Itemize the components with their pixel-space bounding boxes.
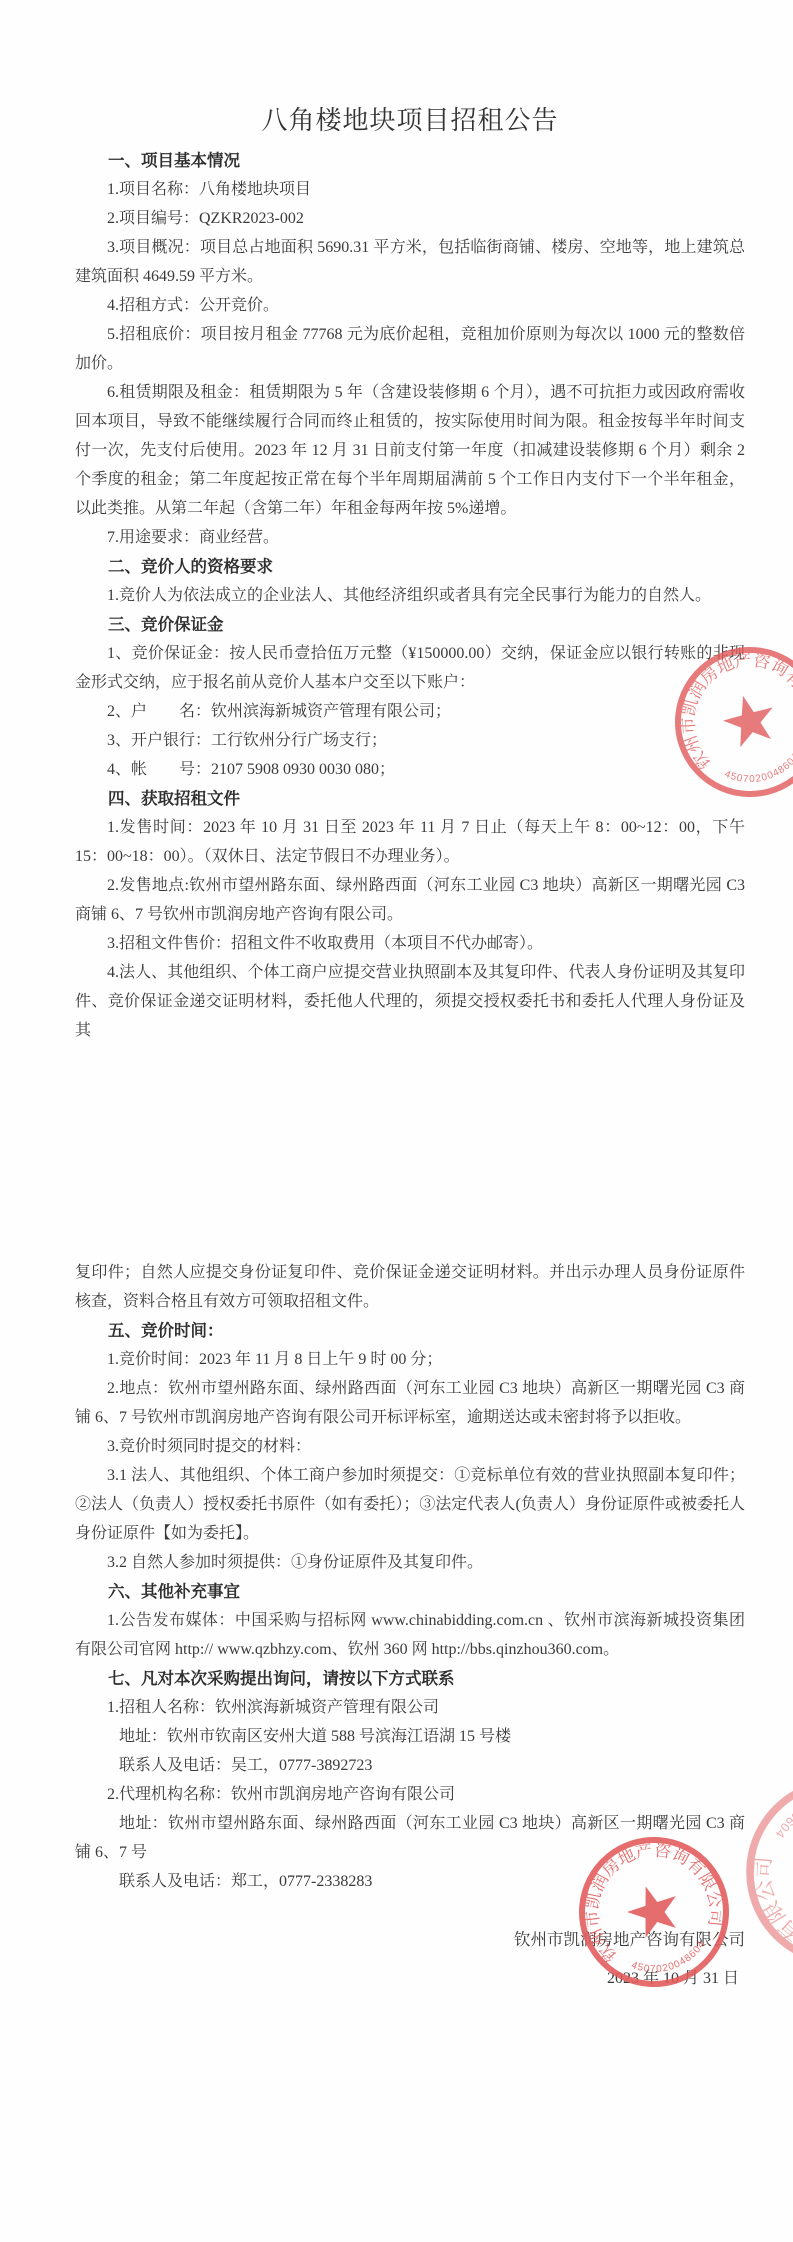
section-heading-1: 一、项目基本情况	[75, 146, 745, 175]
paragraph: 1.公告发布媒体：中国采购与招标网 www.chinabidding.com.c…	[75, 1606, 745, 1664]
paragraph: 3.招租文件售价：招租文件不收取费用（本项目不代办邮寄）。	[75, 929, 745, 958]
section-heading-3: 三、竞价保证金	[75, 610, 745, 639]
lessor-address-line: 地址：钦州市钦南区安州大道 588 号滨海江语湖 15 号楼	[75, 1722, 745, 1751]
agency-address-line: 地址：钦州市望州路东面、绿州路西面（河东工业园 C3 地块）高新区一期曙光园 C…	[75, 1809, 745, 1867]
paragraph-continuation: 复印件；自然人应提交身份证复印件、竞价保证金递交证明材料。并出示办理人员身份证原…	[75, 1258, 745, 1316]
seal-number-text: 4507020048604	[765, 1781, 793, 1844]
signature-company: 钦州市凯润房地产咨询有限公司	[75, 1920, 745, 1960]
lessor-contact-line: 联系人及电话：吴工，0777-3892723	[75, 1751, 745, 1780]
paragraph: 1.项目名称：八角楼地块项目	[75, 175, 745, 204]
paragraph: 1、竞价保证金：按人民币壹拾伍万元整（¥150000.00）交纳，保证金应以银行…	[75, 639, 745, 697]
signature-date: 2023 年 10 月 31 日	[75, 1960, 745, 1998]
section-heading-6: 六、其他补充事宜	[75, 1577, 745, 1606]
page-break-gap	[75, 1045, 745, 1258]
section-heading-5: 五、竞价时间：	[75, 1316, 745, 1345]
svg-text:钦州市凯润房地产咨询有限公司: 钦州市凯润房地产咨询有限公司	[740, 1799, 793, 1987]
paragraph: 3.2 自然人参加时须提供：①身份证原件及其复印件。	[75, 1548, 745, 1577]
section-heading-4: 四、获取招租文件	[75, 784, 745, 813]
agency-name-line: 2.代理机构名称：钦州市凯润房地产咨询有限公司	[75, 1780, 745, 1809]
svg-text:4507020048604: 4507020048604	[765, 1781, 793, 1844]
paragraph: 3.项目概况：项目总占地面积 5690.31 平方米，包括临街商铺、楼房、空地等…	[75, 233, 745, 291]
paragraph: 2.地点：钦州市望州路东面、绿州路西面（河东工业园 C3 地块）高新区一期曙光园…	[75, 1374, 745, 1432]
seal-company-text: 钦州市凯润房地产咨询有限公司	[740, 1799, 793, 1987]
paragraph: 7.用途要求：商业经营。	[75, 523, 745, 552]
bank-line: 3、开户银行：工行钦州分行广场支行；	[75, 726, 745, 755]
paragraph: 2.发售地点:钦州市望州路东面、绿州路西面（河东工业园 C3 地块）高新区一期曙…	[75, 871, 745, 929]
section-heading-7: 七、凡对本次采购提出询问，请按以下方式联系	[75, 1664, 745, 1693]
paragraph: 3.1 法人、其他组织、个体工商户参加时须提交：①竞标单位有效的营业执照副本复印…	[75, 1461, 745, 1548]
paragraph: 2.项目编号：QZKR2023-002	[75, 204, 745, 233]
account-number-line: 4、帐 号：2107 5908 0930 0030 080；	[75, 755, 745, 784]
paragraph: 4.招租方式：公开竞价。	[75, 291, 745, 320]
account-name-line: 2、户 名：钦州滨海新城资产管理有限公司；	[75, 697, 745, 726]
lessor-name-line: 1.招租人名称：钦州滨海新城资产管理有限公司	[75, 1693, 745, 1722]
agency-contact-line: 联系人及电话：郑工，0777-2338283	[75, 1867, 745, 1896]
paragraph: 1.发售时间：2023 年 10 月 31 日至 2023 年 11 月 7 日…	[75, 813, 745, 871]
page-title: 八角楼地块项目招租公告	[75, 102, 745, 140]
paragraph: 1.竞价时间：2023 年 11 月 8 日上午 9 时 00 分；	[75, 1345, 745, 1374]
paragraph: 5.招租底价：项目按月租金 77768 元为底价起租，竞租加价原则为每次以 10…	[75, 320, 745, 378]
document-page: 八角楼地块项目招租公告 一、项目基本情况 1.项目名称：八角楼地块项目 2.项目…	[0, 0, 793, 2242]
paragraph: 4.法人、其他组织、个体工商户应提交营业执照副本及其复印件、代表人身份证明及其复…	[75, 958, 745, 1045]
paragraph: 1.竞价人为依法成立的企业法人、其他经济组织或者具有完全民事行为能力的自然人。	[75, 581, 745, 610]
paragraph: 6.租赁期限及租金：租赁期限为 5 年（含建设装修期 6 个月），遇不可抗拒力或…	[75, 378, 745, 523]
section-heading-2: 二、竞价人的资格要求	[75, 552, 745, 581]
paragraph: 3.竞价时须同时提交的材料：	[75, 1432, 745, 1461]
